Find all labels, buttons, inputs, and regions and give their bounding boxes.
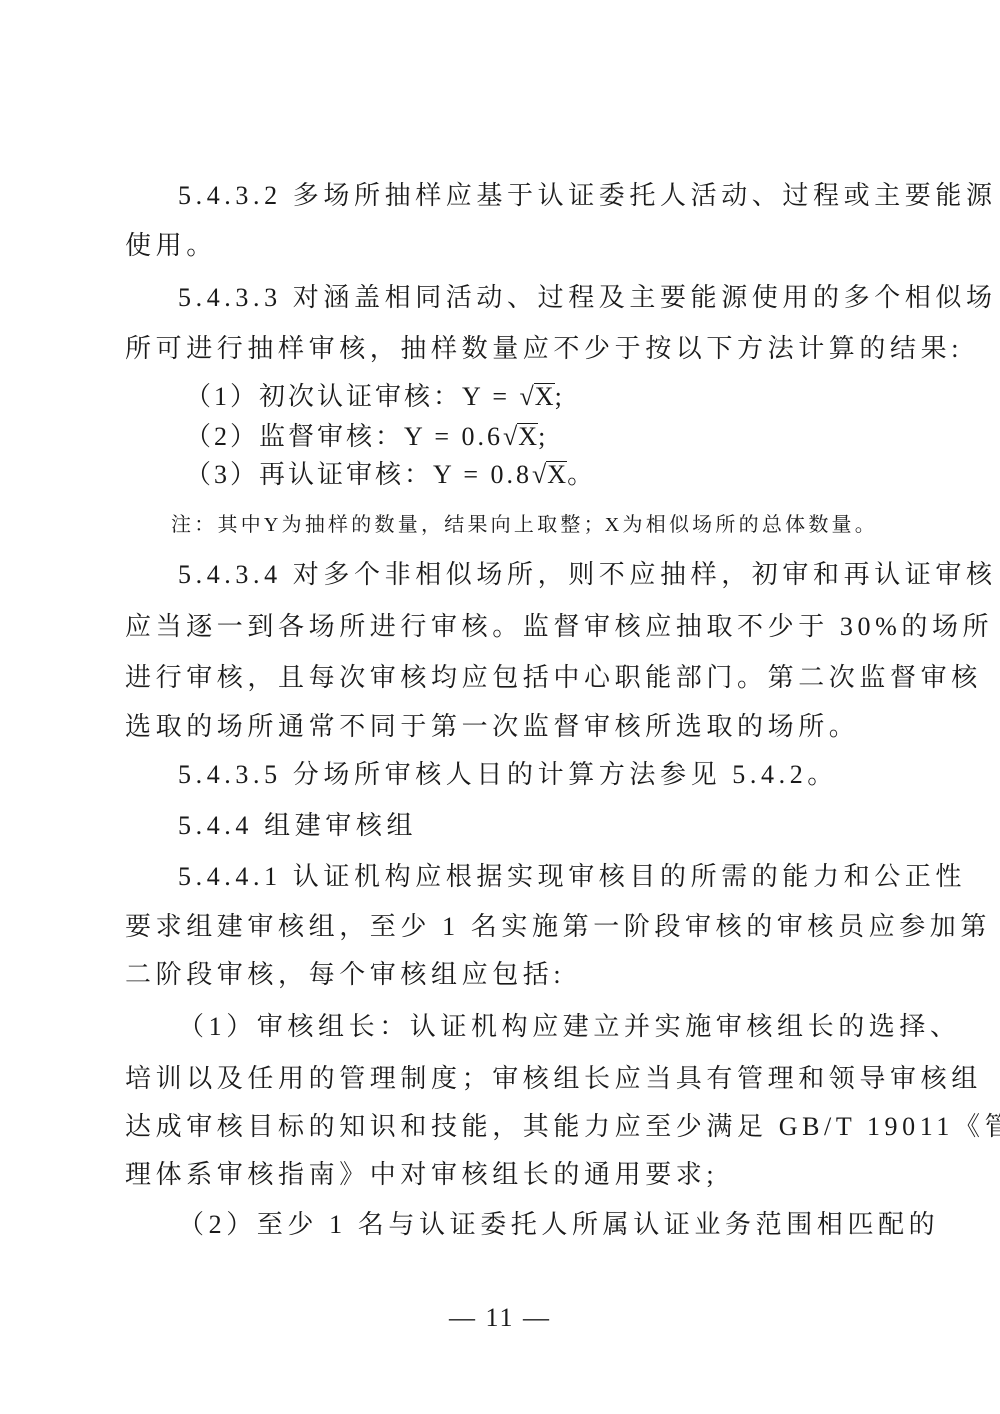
item-1-line-1: （1）审核组长：认证机构应建立并实施审核组长的选择、 [178,1010,875,1044]
formula-coefficient: 0.8 [491,460,533,489]
page-number: — 11 — [0,1302,1000,1334]
square-root-symbol: √X [532,458,567,492]
paragraph-5-4-3-5: 5.4.3.5 分场所审核人日的计算方法参见 5.4.2。 [178,758,875,792]
formula-label: （2）监督审核： [185,422,404,451]
item-1-line-3: 达成审核目标的知识和技能，其能力应至少满足 GB/T 19011《管 [125,1110,875,1144]
paragraph-5-4-4-1-line-3: 二阶段审核，每个审核组应包括: [125,958,875,992]
formula-lhs: Y = [462,382,519,411]
paragraph-5-4-3-4-line-1: 5.4.3.4 对多个非相似场所，则不应抽样，初审和再认证审核 [178,558,875,592]
formula-surveillance-audit: （2）监督审核：Y = 0.6√X; [185,420,785,454]
formula-lhs: Y = [404,422,461,451]
section-heading-5-4-4: 5.4.4 组建审核组 [178,809,875,843]
item-2-line-1: （2）至少 1 名与认证委托人所属认证业务范围相匹配的 [178,1208,875,1242]
paragraph-5-4-3-2-line-1: 5.4.3.2 多场所抽样应基于认证委托人活动、过程或主要能源 [178,179,875,213]
square-root-symbol: √X [503,420,538,454]
paragraph-5-4-3-3-line-1: 5.4.3.3 对涵盖相同活动、过程及主要能源使用的多个相似场 [178,281,875,315]
formula-lhs: Y = [433,460,490,489]
formula-tail: ; [538,422,548,451]
square-root-symbol: √X [520,380,555,414]
formula-label: （3）再认证审核： [185,460,433,489]
formula-recertification-audit: （3）再认证审核：Y = 0.8√X。 [185,458,785,492]
paragraph-5-4-3-4-line-4: 选取的场所通常不同于第一次监督审核所选取的场所。 [125,710,875,744]
item-1-line-4: 理体系审核指南》中对审核组长的通用要求; [125,1158,875,1192]
formula-coefficient: 0.6 [462,422,504,451]
paragraph-5-4-3-4-line-3: 进行审核，且每次审核均应包括中心职能部门。第二次监督审核 [125,661,875,695]
paragraph-5-4-3-4-line-2: 应当逐一到各场所进行审核。监督审核应抽取不少于 30%的场所 [125,610,875,644]
item-1-line-2: 培训以及任用的管理制度；审核组长应当具有管理和领导审核组 [125,1062,875,1096]
paragraph-5-4-3-3-line-2: 所可进行抽样审核，抽样数量应不少于按以下方法计算的结果: [125,332,875,366]
paragraph-5-4-4-1-line-2: 要求组建审核组，至少 1 名实施第一阶段审核的审核员应参加第 [125,910,875,944]
formula-initial-certification: （1）初次认证审核：Y = √X; [185,380,785,414]
document-page: 5.4.3.2 多场所抽样应基于认证委托人活动、过程或主要能源 使用。 5.4.… [0,0,1000,1414]
paragraph-5-4-4-1-line-1: 5.4.4.1 认证机构应根据实现审核目的所需的能力和公正性 [178,860,875,894]
formula-tail: 。 [567,460,596,489]
paragraph-5-4-3-2-line-2: 使用。 [125,229,875,263]
formula-tail: ; [555,382,565,411]
formula-label: （1）初次认证审核： [185,382,462,411]
formula-note: 注：其中Y为抽样的数量，结果向上取整；X为相似场所的总体数量。 [171,508,876,542]
